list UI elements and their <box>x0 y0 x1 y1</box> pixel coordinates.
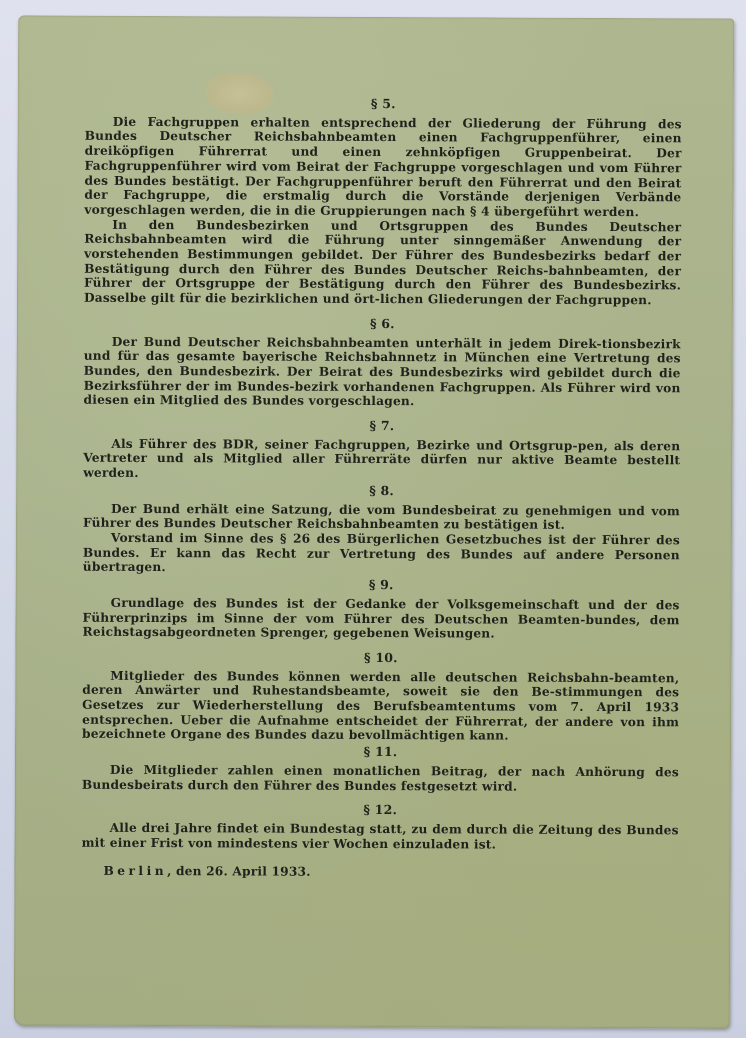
section-paragraph: In den Bundesbezirken und Ortsgruppen de… <box>84 217 681 308</box>
section-heading: § 11. <box>82 744 679 761</box>
signature-place: Berlin <box>103 864 167 878</box>
section-9: § 9. Grundlage des Bundes ist der Gedank… <box>82 577 679 642</box>
section-paragraph: Als Führer des BDR, seiner Fachgruppen, … <box>83 436 680 483</box>
section-heading: § 12. <box>82 802 679 819</box>
section-paragraph: Die Fachgruppen erhalten entsprechend de… <box>84 114 681 220</box>
section-heading: § 8. <box>83 483 680 500</box>
section-paragraph: Mitglieder des Bundes können werden alle… <box>82 668 679 744</box>
section-paragraph: Der Bund erhält eine Satzung, die vom Bu… <box>83 501 680 533</box>
section-paragraph: Alle drei Jahre findet ein Bundestag sta… <box>82 821 679 853</box>
section-heading: § 5. <box>85 96 682 113</box>
section-heading: § 7. <box>83 418 680 435</box>
document-card: § 5. Die Fachgruppen erhalten entspreche… <box>14 15 734 1028</box>
document-text: § 5. Die Fachgruppen erhalten entspreche… <box>81 94 681 882</box>
section-11: § 11. Die Mitglieder zahlen einen monatl… <box>82 744 679 795</box>
section-paragraph: Grundlage des Bundes ist der Gedanke der… <box>82 596 679 643</box>
signature-line: Berlin, den 26. April 1933. <box>81 864 678 881</box>
section-heading: § 6. <box>84 316 681 333</box>
section-heading: § 9. <box>83 577 680 594</box>
section-heading: § 10. <box>82 650 679 667</box>
section-6: § 6. Der Bund Deutscher Reichsbahnbeamte… <box>83 316 680 411</box>
section-paragraph: Vorstand im Sinne des § 26 des Bürgerlic… <box>83 531 680 578</box>
signature-date: , den 26. April 1933. <box>167 864 311 879</box>
section-paragraph: Der Bund Deutscher Reichsbahnbeamten unt… <box>83 334 680 410</box>
section-paragraph: Die Mitglieder zahlen einen monatlichen … <box>82 763 679 795</box>
section-5: § 5. Die Fachgruppen erhalten entspreche… <box>84 96 682 308</box>
section-10: § 10. Mitglieder des Bundes können werde… <box>82 650 679 745</box>
section-12: § 12. Alle drei Jahre findet ein Bundest… <box>82 802 679 853</box>
section-8: § 8. Der Bund erhält eine Satzung, die v… <box>83 483 680 578</box>
section-7: § 7. Als Führer des BDR, seiner Fachgrup… <box>83 418 680 483</box>
